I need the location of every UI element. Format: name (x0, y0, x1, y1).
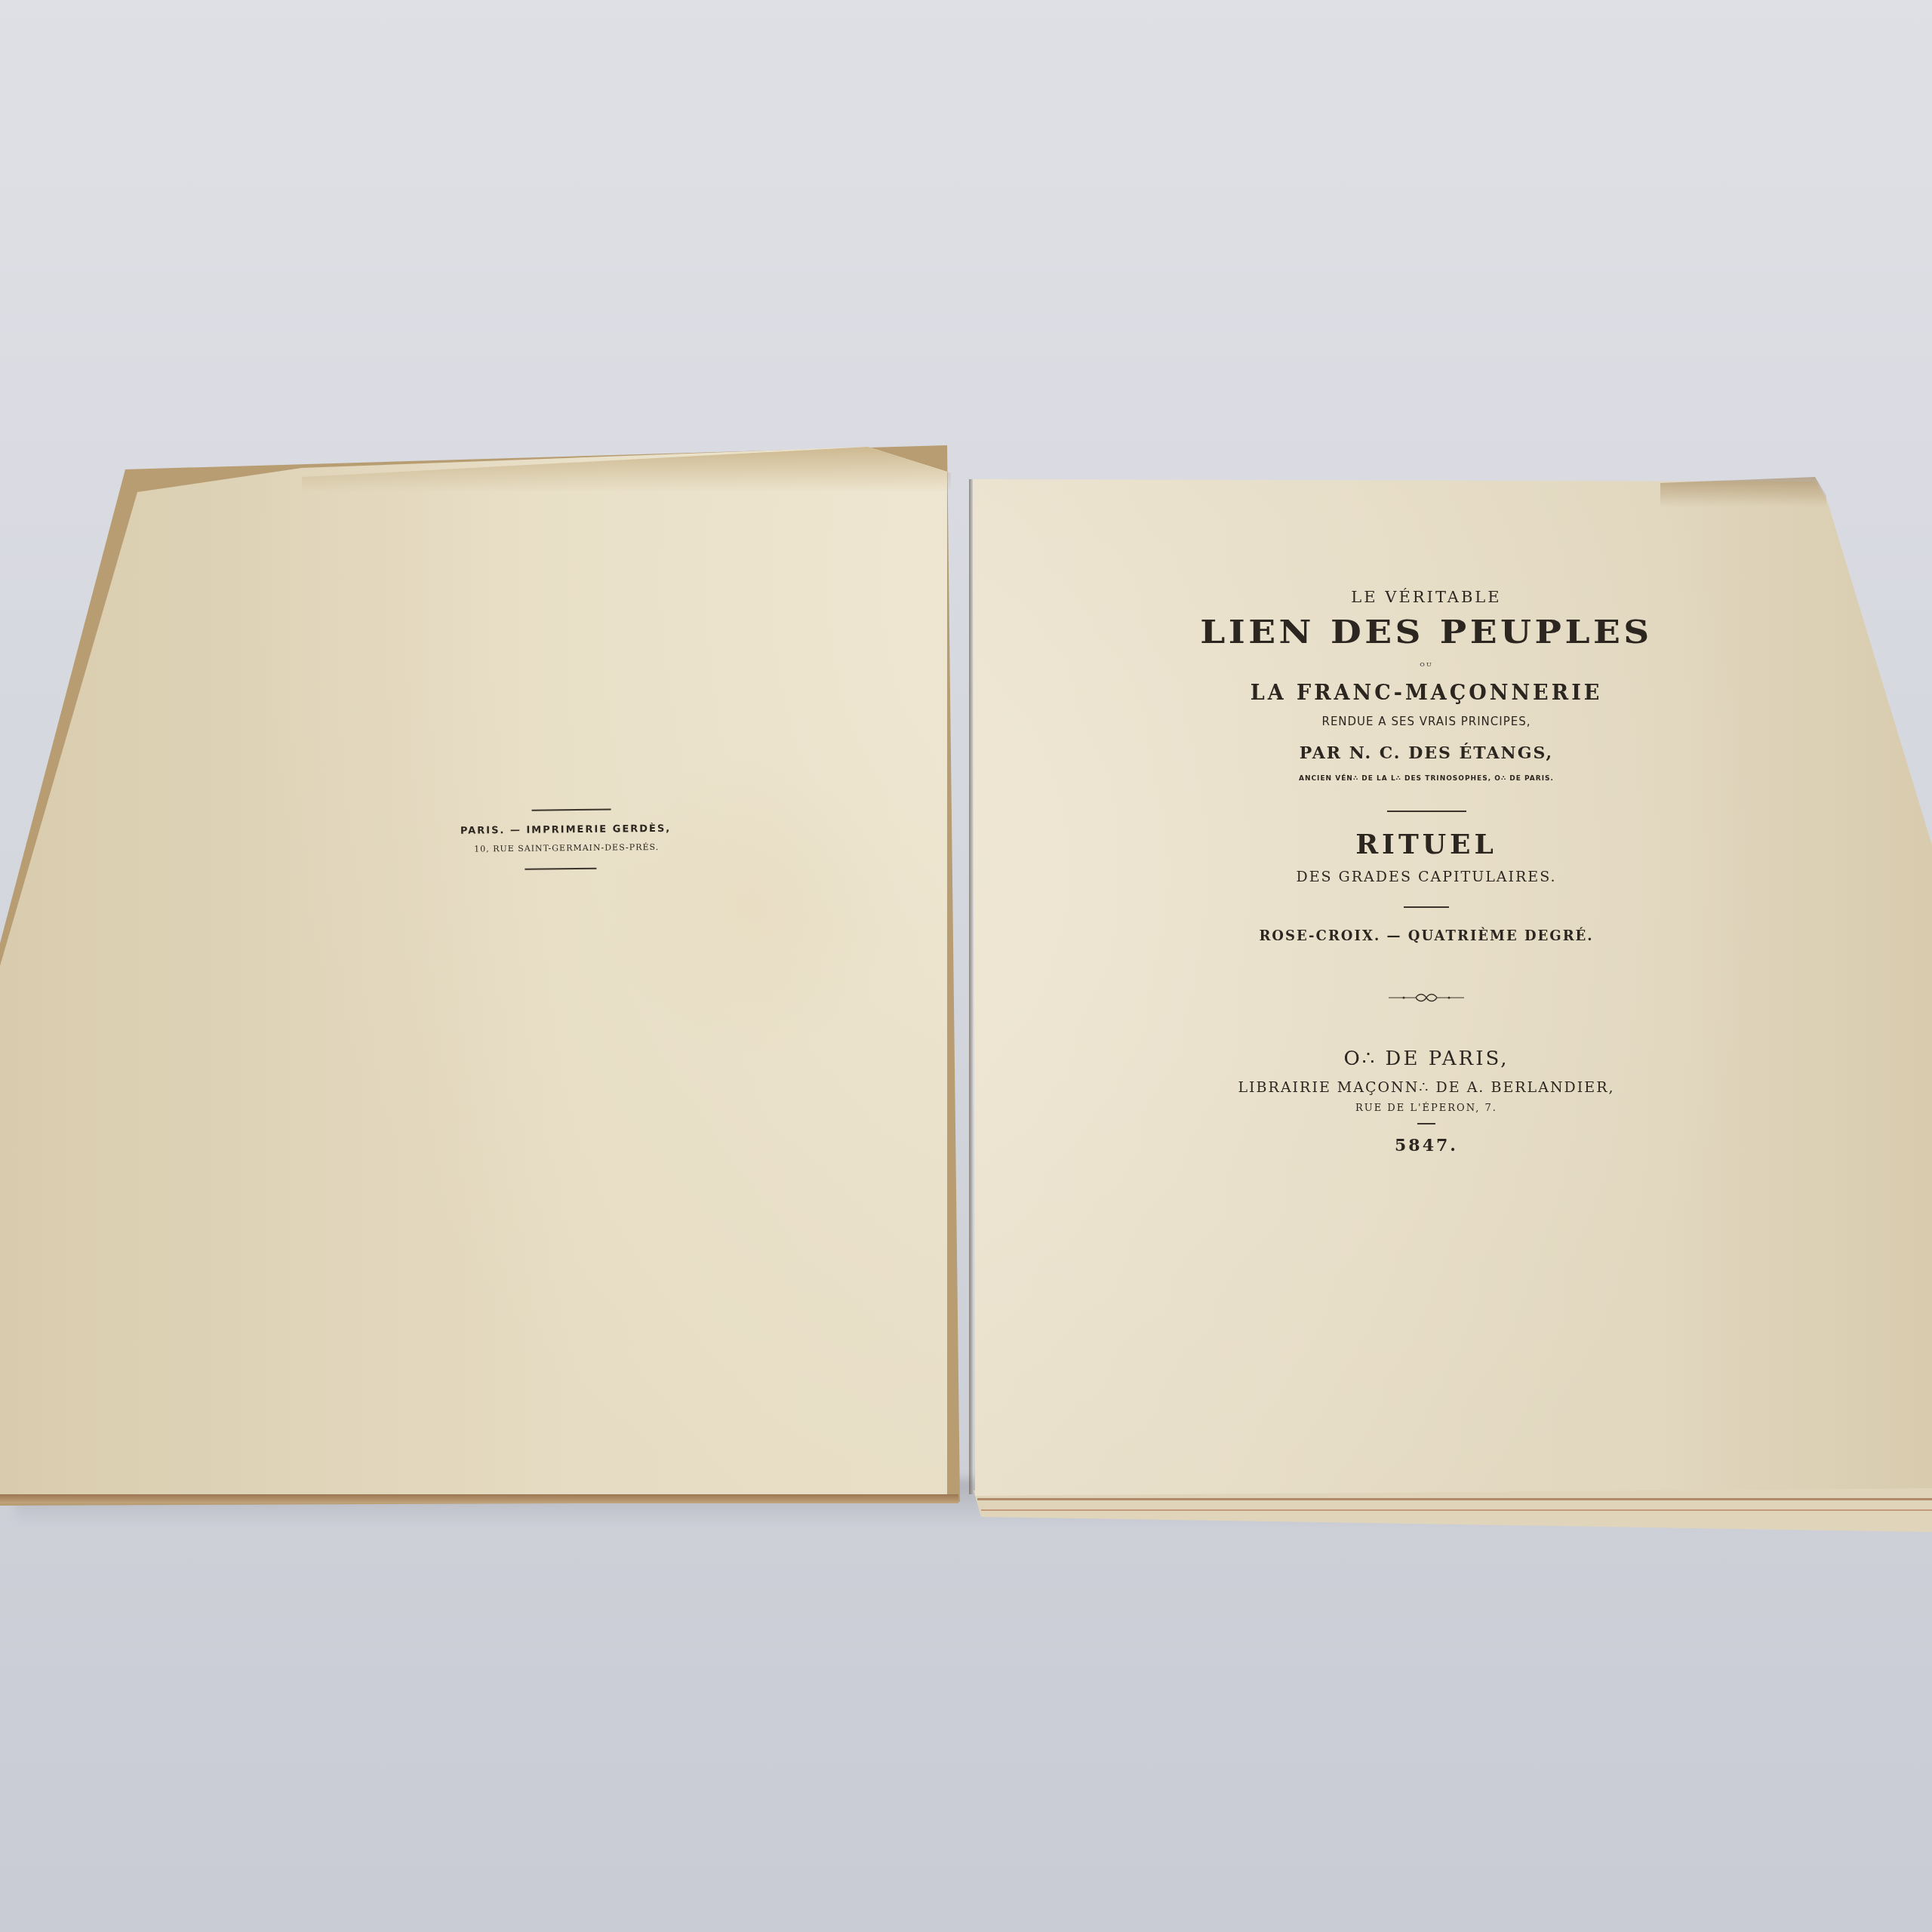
divider-rule (1387, 811, 1466, 812)
subtitle-2: RENDUE A SES VRAIS PRINCIPES, (1124, 715, 1728, 728)
page-edge-line (977, 1498, 1932, 1500)
pre-title: LE VÉRITABLE (1124, 589, 1728, 606)
page-edge-line (981, 1509, 1932, 1511)
publisher: LIBRAIRIE MAÇONN∴ DE A. BERLANDIER, (1124, 1080, 1728, 1096)
book-gutter (969, 479, 973, 1494)
printer-imprint: PARIS. — IMPRIMERIE GERDÈS, 10, RUE SAIN… (460, 808, 703, 870)
title-conjunction: OU (1124, 662, 1728, 669)
title-page: LE VÉRITABLE LIEN DES PEUPLES OU LA FRAN… (1124, 589, 1728, 1155)
year: 5847. (1124, 1137, 1728, 1155)
divider-rule (1404, 906, 1449, 908)
left-page-bottom-edge (0, 1494, 958, 1503)
author-credentials: ANCIEN VÉN∴ DE LA L∴ DES TRINOSOPHES, O∴… (1124, 776, 1728, 783)
photo-scene: PARIS. — IMPRIMERIE GERDÈS, 10, RUE SAIN… (0, 0, 1932, 1932)
author: PAR N. C. DES ÉTANGS, (1124, 744, 1728, 762)
degree: ROSE-CROIX. — QUATRIÈME DEGRÉ. (1124, 929, 1728, 944)
imprint-rule-top (532, 809, 611, 811)
ornament-flourish-icon (1389, 992, 1464, 1003)
address: RUE DE L'ÉPERON, 7. (1124, 1103, 1728, 1114)
subtitle: LA FRANC-MAÇONNERIE (1124, 682, 1728, 705)
section-title: RITUEL (1124, 830, 1728, 860)
place: O∴ DE PARIS, (1124, 1048, 1728, 1070)
imprint-printer: PARIS. — IMPRIMERIE GERDÈS, (460, 823, 702, 836)
section-subtitle: DES GRADES CAPITULAIRES. (1124, 869, 1728, 885)
imprint-address: 10, RUE SAINT-GERMAIN-DES-PRÉS. (460, 841, 702, 854)
main-title: LIEN DES PEUPLES (1088, 615, 1764, 650)
divider-rule (1417, 1123, 1435, 1124)
